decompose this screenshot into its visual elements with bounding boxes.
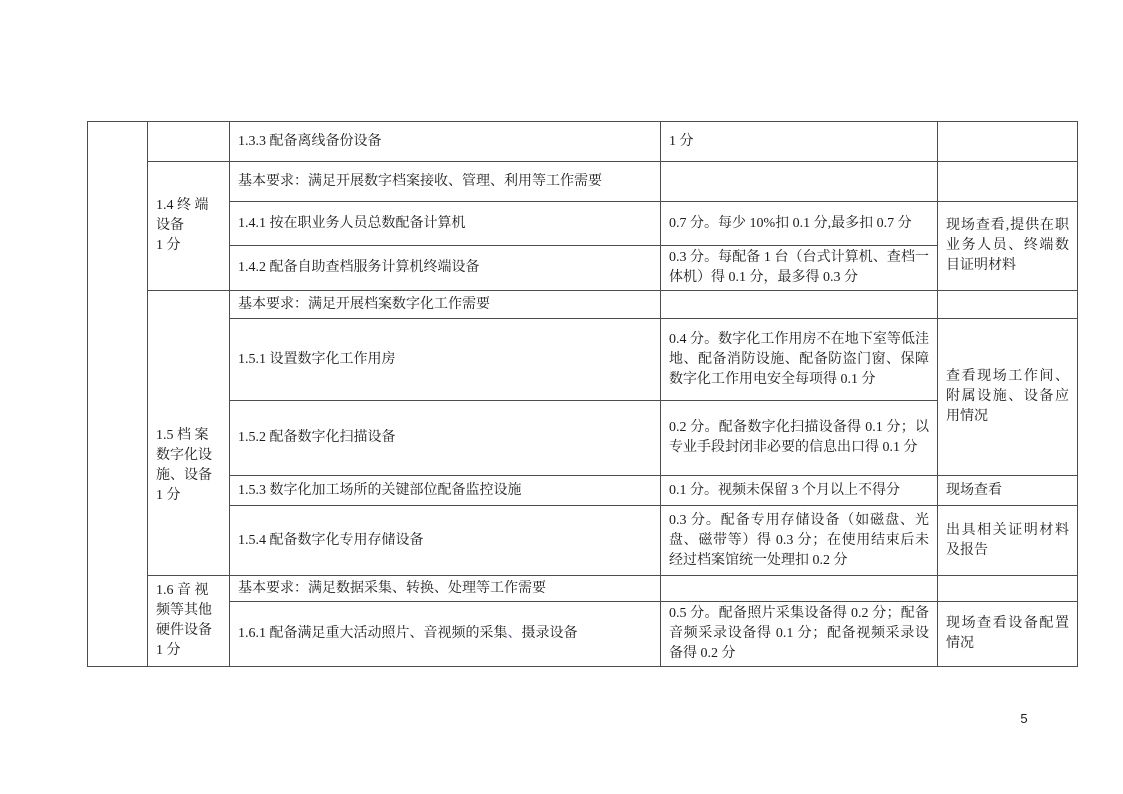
table-row: 1.5.1 设置数字化工作用房 0.4 分。数字化工作用房不在地下室等低洼地、配… <box>88 319 1078 401</box>
table-row: 1.5.3 数字化加工场所的关键部位配备监控设施 0.1 分。视频未保留 3 个… <box>88 476 1078 506</box>
table-row: 1.4 终 端 设备 1 分 基本要求：满足开展数字档案接收、管理、利用等工作需… <box>88 162 1078 202</box>
score-cell-14req <box>661 162 938 202</box>
method-cell-133 <box>938 122 1078 162</box>
score-cell-142: 0.3 分。每配备 1 台（台式计算机、查档一体机）得 0.1 分，最多得 0.… <box>661 246 938 291</box>
score-cell-161: 0.5 分。配备照片采集设备得 0.2 分；配备音频采录设备得 0.1 分；配备… <box>661 602 938 667</box>
table-row: 1.4.1 按在职业务人员总数配备计算机 0.7 分。每少 10%扣 0.1 分… <box>88 202 1078 246</box>
page-number: 5 <box>1014 711 1034 726</box>
category-cell-16: 1.6 音 视 频等其他 硬件设备 1 分 <box>148 576 230 667</box>
table-row: 1.5 档 案 数字化设 施、设备 1 分 基本要求：满足开展档案数字化工作需要 <box>88 291 1078 319</box>
score-cell-154: 0.3 分。配备专用存储设备（如磁盘、光盘、磁带等）得 0.3 分；在使用结束后… <box>661 506 938 576</box>
criteria-161-text-2: 摄录设备 <box>522 626 578 641</box>
method-cell-161: 现场查看设备配置情况 <box>938 602 1078 667</box>
criteria-161-text: 1.6.1 配备满足重大活动照片、音视频的采集 <box>238 626 508 641</box>
criteria-cell-142: 1.4.2 配备自助查档服务计算机终端设备 <box>230 246 661 291</box>
table-row: 1.4.2 配备自助查档服务计算机终端设备 0.3 分。每配备 1 台（台式计算… <box>88 246 1078 291</box>
criteria-cell-141: 1.4.1 按在职业务人员总数配备计算机 <box>230 202 661 246</box>
table-row: 1.5.2 配备数字化扫描设备 0.2 分。配备数字化扫描设备得 0.1 分；以… <box>88 401 1078 476</box>
method-cell-141-142: 现场查看,提供在职业务人员、终端数目证明材料 <box>938 202 1078 291</box>
method-cell-153: 现场查看 <box>938 476 1078 506</box>
method-cell-154: 出具相关证明材料及报告 <box>938 506 1078 576</box>
requirement-cell-14: 基本要求：满足开展数字档案接收、管理、利用等工作需要 <box>230 162 661 202</box>
criteria-cell-153: 1.5.3 数字化加工场所的关键部位配备监控设施 <box>230 476 661 506</box>
method-cell-16req <box>938 576 1078 602</box>
criteria-cell-152: 1.5.2 配备数字化扫描设备 <box>230 401 661 476</box>
category-cell-15: 1.5 档 案 数字化设 施、设备 1 分 <box>148 291 230 576</box>
method-cell-151-152: 查看现场工作间、附属设施、设备应用情况 <box>938 319 1078 476</box>
left-spacer-cell <box>88 122 148 667</box>
score-cell-15req <box>661 291 938 319</box>
score-cell-153: 0.1 分。视频未保留 3 个月以上不得分 <box>661 476 938 506</box>
score-cell-133: 1 分 <box>661 122 938 162</box>
category-cell-empty <box>148 122 230 162</box>
score-cell-16req <box>661 576 938 602</box>
score-cell-141: 0.7 分。每少 10%扣 0.1 分,最多扣 0.7 分 <box>661 202 938 246</box>
method-cell-15req <box>938 291 1078 319</box>
requirement-cell-15: 基本要求：满足开展档案数字化工作需要 <box>230 291 661 319</box>
score-cell-151: 0.4 分。数字化工作用房不在地下室等低洼地、配备消防设施、配备防盗门窗、保障数… <box>661 319 938 401</box>
table-row: 1.3.3 配备离线备份设备 1 分 <box>88 122 1078 162</box>
document-page: 1.3.3 配备离线备份设备 1 分 1.4 终 端 设备 1 分 基本要求：满… <box>0 0 1123 794</box>
requirement-cell-16: 基本要求：满足数据采集、转换、处理等工作需要 <box>230 576 661 602</box>
score-cell-152: 0.2 分。配备数字化扫描设备得 0.1 分；以专业手段封闭非必要的信息出口得 … <box>661 401 938 476</box>
criteria-cell-151: 1.5.1 设置数字化工作用房 <box>230 319 661 401</box>
evaluation-table: 1.3.3 配备离线备份设备 1 分 1.4 终 端 设备 1 分 基本要求：满… <box>87 121 1078 667</box>
method-cell-14req <box>938 162 1078 202</box>
criteria-161-blue-mark: 、 <box>508 626 522 641</box>
criteria-cell-161: 1.6.1 配备满足重大活动照片、音视频的采集、摄录设备 <box>230 602 661 667</box>
criteria-cell-154: 1.5.4 配备数字化专用存储设备 <box>230 506 661 576</box>
table-row: 1.6 音 视 频等其他 硬件设备 1 分 基本要求：满足数据采集、转换、处理等… <box>88 576 1078 602</box>
table-row: 1.6.1 配备满足重大活动照片、音视频的采集、摄录设备 0.5 分。配备照片采… <box>88 602 1078 667</box>
category-cell-14: 1.4 终 端 设备 1 分 <box>148 162 230 291</box>
table-row: 1.5.4 配备数字化专用存储设备 0.3 分。配备专用存储设备（如磁盘、光盘、… <box>88 506 1078 576</box>
criteria-cell-133: 1.3.3 配备离线备份设备 <box>230 122 661 162</box>
